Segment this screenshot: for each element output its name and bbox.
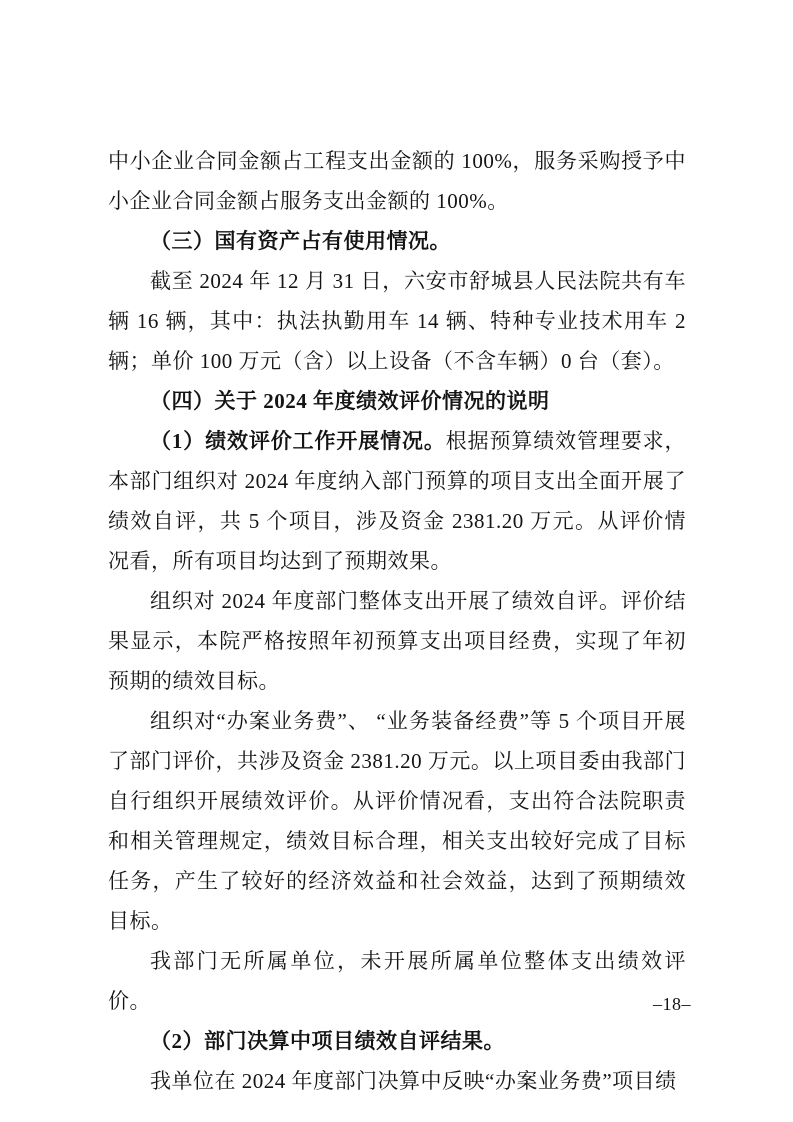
heading-section-3-state-assets: （三）国有资产占有使用情况。	[108, 221, 686, 261]
document-body: 中小企业合同金额占工程支出金额的 100%，服务采购授予中小企业合同金额占服务支…	[108, 141, 686, 1101]
paragraph-evaluation-work-lead: （1）绩效评价工作开展情况。	[150, 429, 446, 453]
paragraph-evaluation-work: （1）绩效评价工作开展情况。根据预算绩效管理要求，本部门组织对 2024 年度纳…	[108, 421, 686, 581]
paragraph-overall-self-evaluation: 组织对 2024 年度部门整体支出开展了绩效自评。评价结果显示，本院严格按照年初…	[108, 581, 686, 701]
paragraph-no-subordinate-units: 我部门无所属单位，未开展所属单位整体支出绩效评价。	[108, 941, 686, 1021]
heading-item-2-self-eval-results: （2）部门决算中项目绩效自评结果。	[108, 1021, 686, 1061]
document-page: 中小企业合同金额占工程支出金额的 100%，服务采购授予中小企业合同金额占服务支…	[0, 0, 793, 1122]
paragraph-smb-contract-amounts: 中小企业合同金额占工程支出金额的 100%，服务采购授予中小企业合同金额占服务支…	[108, 141, 686, 221]
paragraph-department-evaluation: 组织对“办案业务费”、 “业务装备经费”等 5 个项目开展了部门评价，共涉及资金…	[108, 701, 686, 941]
heading-section-4-performance-evaluation: （四）关于 2024 年度绩效评价情况的说明	[108, 381, 686, 421]
paragraph-final-truncated: 我单位在 2024 年度部门决算中反映“办案业务费”项目绩	[108, 1061, 686, 1101]
paragraph-vehicles-equipment: 截至 2024 年 12 月 31 日，六安市舒城县人民法院共有车辆 16 辆，…	[108, 261, 686, 381]
page-number: –18–	[653, 993, 691, 1015]
